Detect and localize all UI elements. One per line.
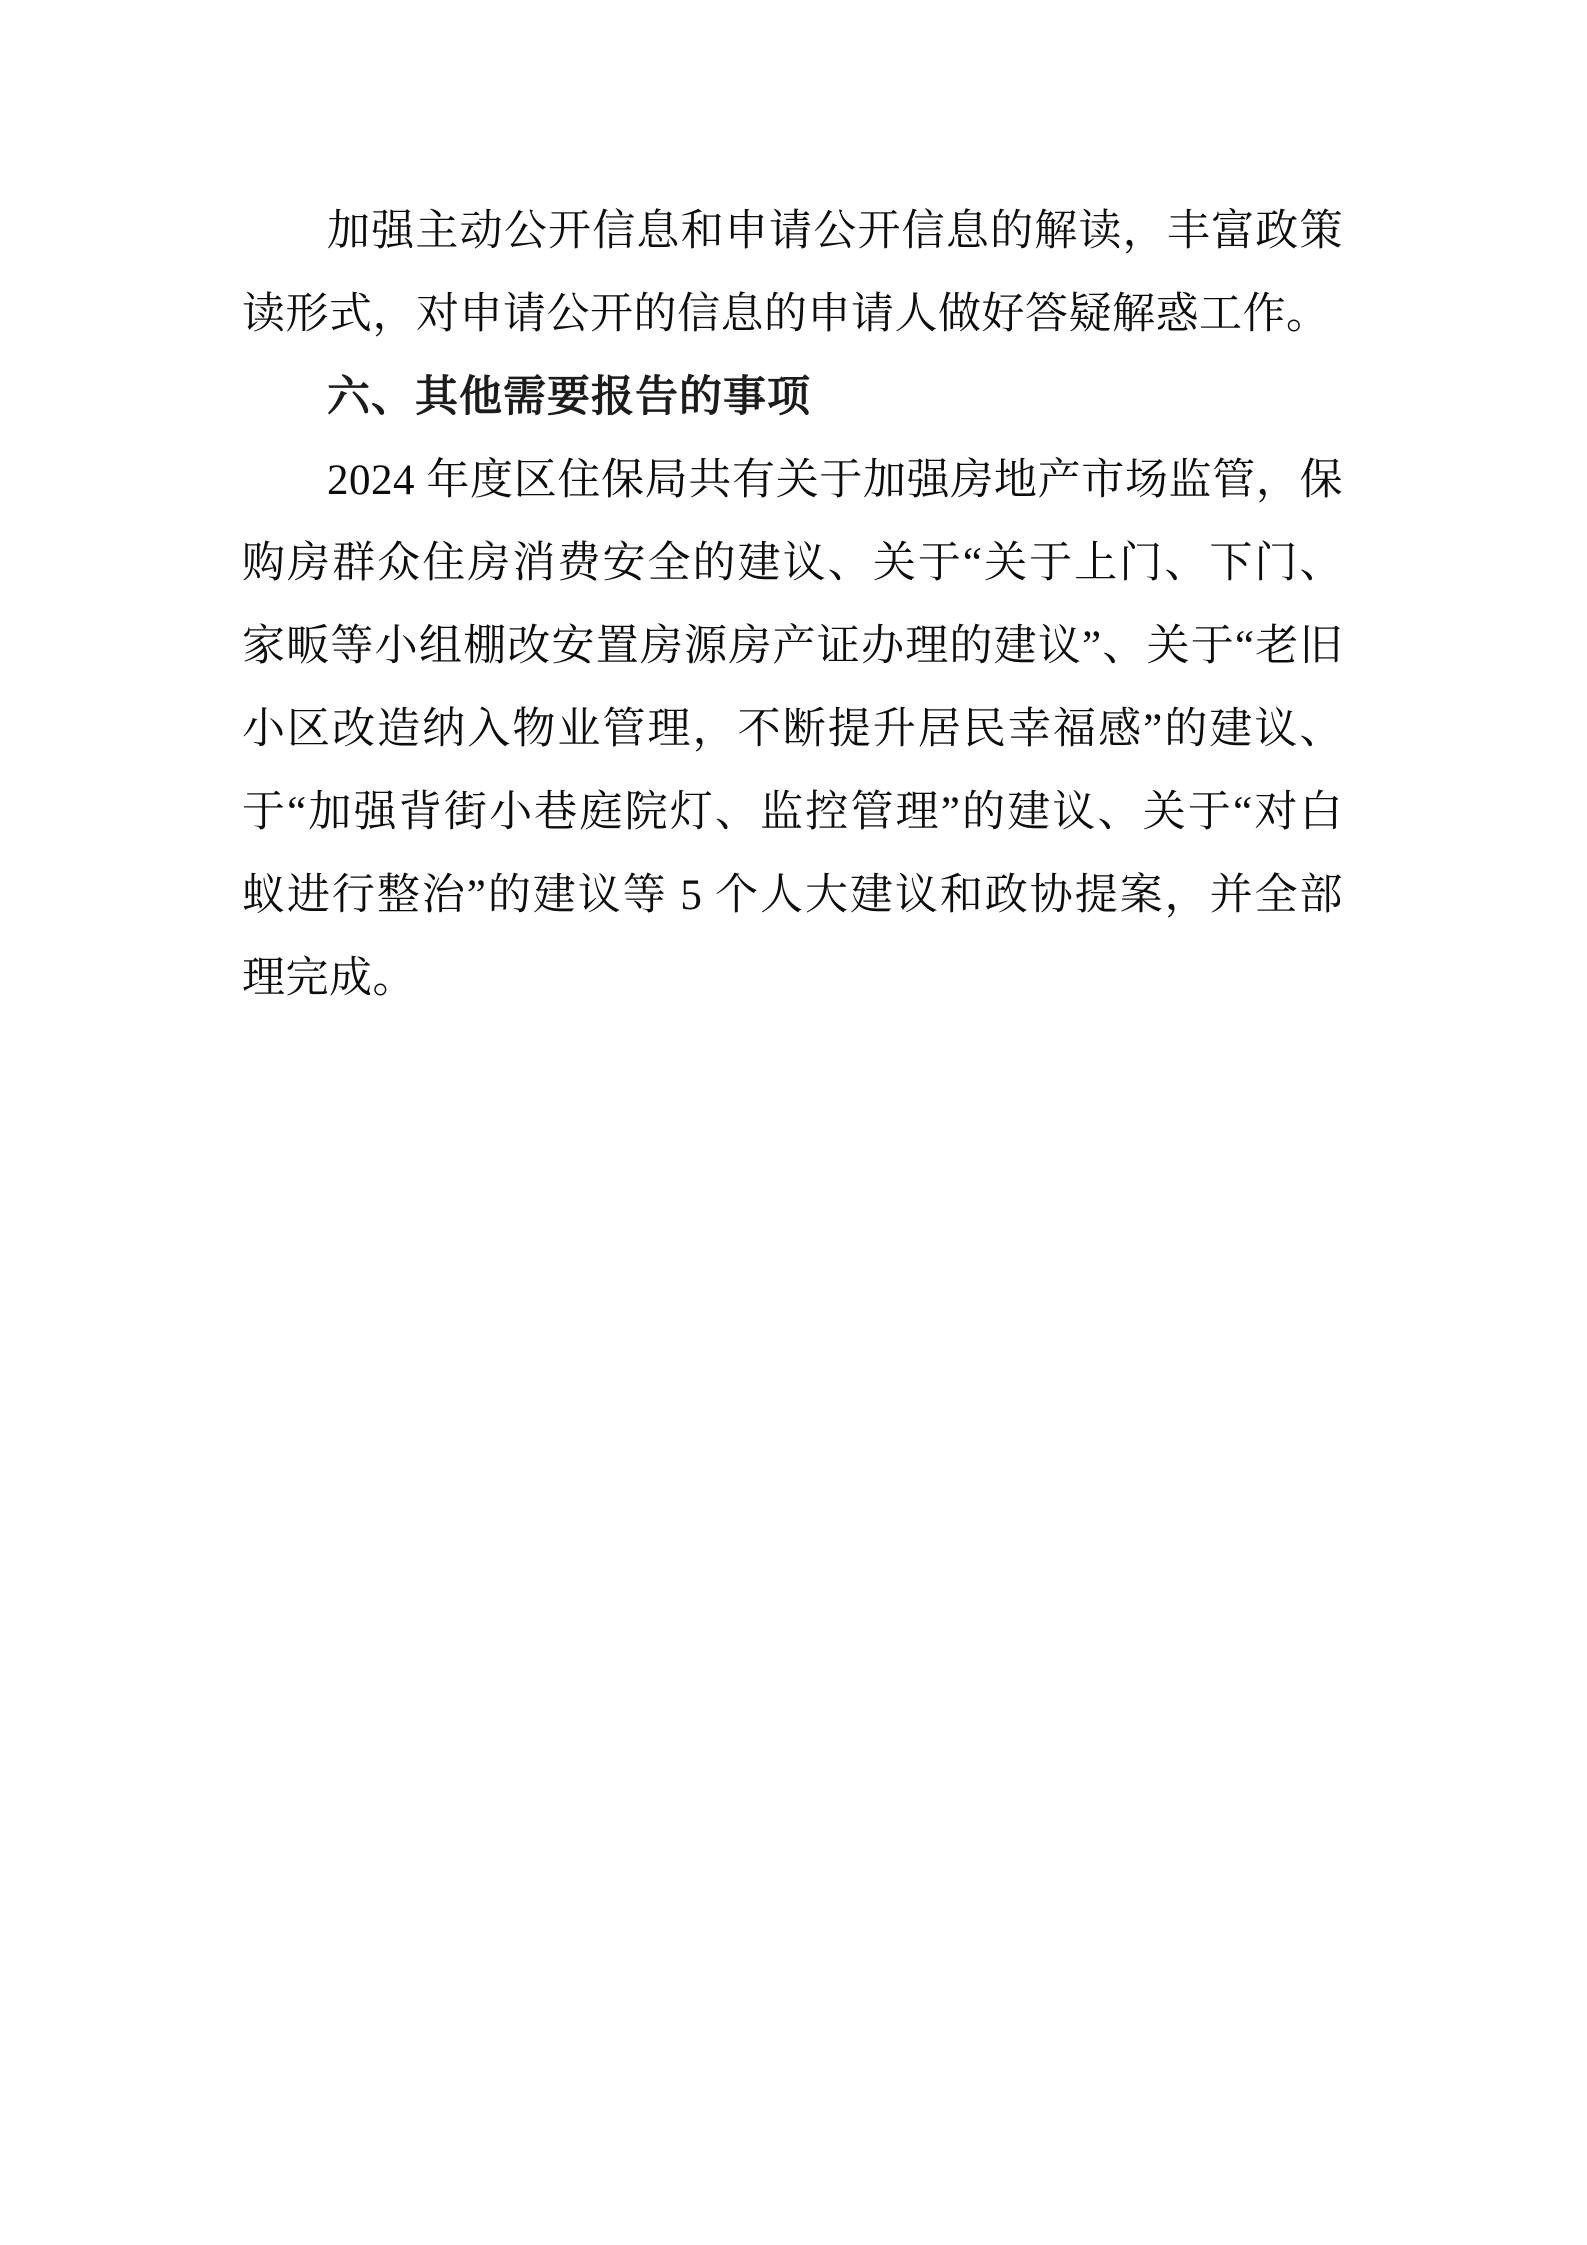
paragraph-line: 于“加强背街小巷庭院灯、监控管理”的建议、关于“对白: [242, 771, 1343, 854]
paragraph-line: 理完成。: [242, 937, 1343, 1020]
paragraph-line: 蚁进行整治”的建议等 5 个人大建议和政协提案，并全部办: [242, 854, 1343, 937]
paragraph-line: 2024 年度区住保局共有关于加强房地产市场监管，保障: [242, 439, 1343, 522]
paragraph-line: 加强主动公开信息和申请公开信息的解读，丰富政策解: [242, 190, 1343, 273]
document-text-block: 加强主动公开信息和申请公开信息的解读，丰富政策解 读形式，对申请公开的信息的申请…: [242, 190, 1343, 1020]
section-heading: 六、其他需要报告的事项: [242, 356, 1343, 439]
paragraph-line: 购房群众住房消费安全的建议、关于“关于上门、下门、何: [242, 522, 1343, 605]
paragraph-line: 家畈等小组棚改安置房源房产证办理的建议”、关于“老旧: [242, 605, 1343, 688]
paragraph-line: 小区改造纳入物业管理，不断提升居民幸福感”的建议、关: [242, 688, 1343, 771]
document-page: 加强主动公开信息和申请公开信息的解读，丰富政策解 读形式，对申请公开的信息的申请…: [0, 0, 1587, 2245]
paragraph-line: 读形式，对申请公开的信息的申请人做好答疑解惑工作。: [242, 273, 1343, 356]
